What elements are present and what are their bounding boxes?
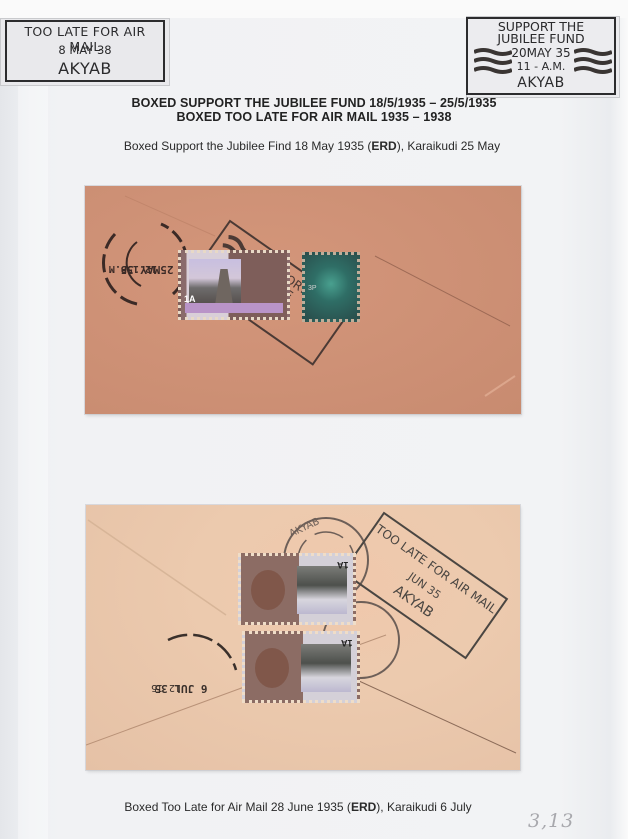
cover2-caption: Boxed Too Late for Air Mail 28 June 1935… [0,800,612,814]
jubilee-fund-cancel-example: SUPPORT THE JUBILEE FUND 20MAY 35 11 - A… [466,17,616,95]
page-title-line1: BOXED SUPPORT THE JUBILEE FUND 18/5/1935… [0,96,628,110]
cover1-caption: Boxed Support the Jubilee Find 18 May 19… [0,139,626,153]
cover-akyab-too-late: AKYAB JUN 35 35 TOO LATE FOR AIR MAIL JU… [86,505,520,770]
wavy-lines-icon [474,47,512,77]
cancel-town: AKYAB [7,59,163,78]
jubilee-1a-stamp: 1A [242,631,360,703]
page-binding-band [18,80,48,839]
cover-karaikudi-jubilee: SUPPORT JUBILEE 25MAY 35 12.15P.M 1A 3P [85,186,521,414]
svg-text:AKYAB: AKYAB [288,516,322,540]
cancel-town: AKYAB [468,75,614,91]
temple-vignette [189,259,241,307]
svg-text:12.15P.M: 12.15P.M [109,263,157,274]
cancel-line2: JUBILEE FUND [468,33,614,45]
svg-text:TOO LATE FOR AIR MAIL: TOO LATE FOR AIR MAIL [372,521,499,616]
jubilee-1a-stamp: 1A [178,250,290,320]
page-number: 3,13 [528,810,574,832]
cancel-date: 8 MAY 38 [7,43,163,57]
king-3p-stamp: 3P [302,252,360,322]
wavy-lines-icon [574,47,612,77]
too-late-cancel-example: TOO LATE FOR AIR MAIL 8 MAY 38 AKYAB [5,20,165,82]
page-title-line2: BOXED TOO LATE FOR AIR MAIL 1935 – 1938 [0,110,628,124]
svg-text:12 15: 12 15 [151,682,181,693]
jubilee-1a-stamp: 1A [238,553,356,625]
